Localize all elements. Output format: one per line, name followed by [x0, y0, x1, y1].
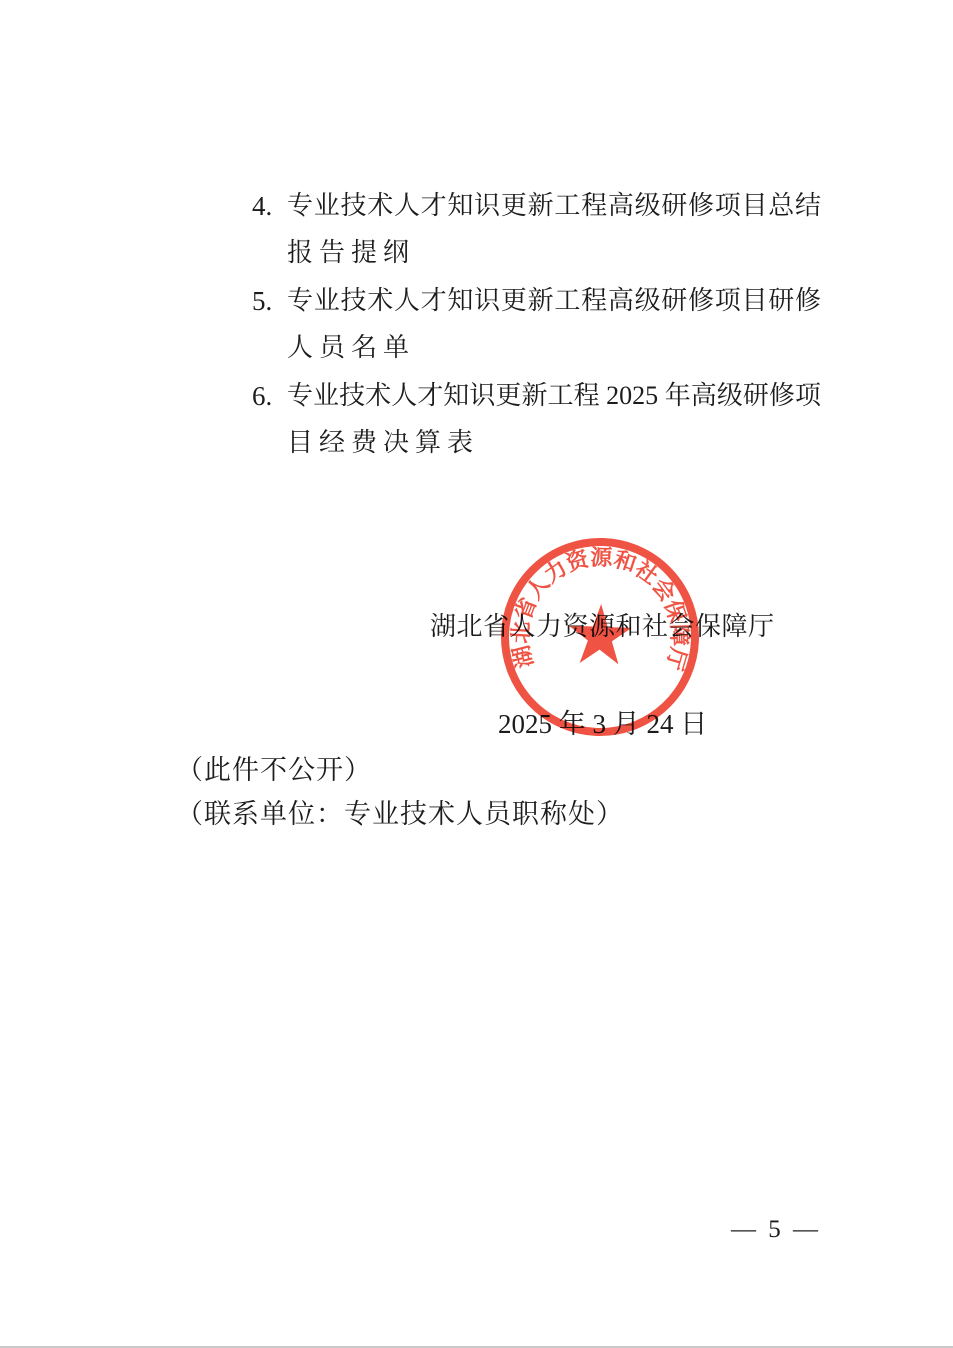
list-item-text-line2: 人员名单 — [287, 333, 415, 363]
note-contact-unit: （联系单位：专业技术人员职称处） — [176, 792, 624, 831]
page-number: — 5 — — [731, 1216, 821, 1244]
issue-date: 2025 年 3 月 24 日 — [498, 702, 707, 741]
list-item-text-line1: 专业技术人才知识更新工程高级研修项目研修 — [287, 286, 821, 316]
list-item-number: 5. — [252, 286, 272, 316]
list-item-number: 6. — [252, 381, 272, 411]
list-item-text-line1: 专业技术人才知识更新工程 2025 年高级研修项 — [287, 381, 821, 411]
list-item-text-line2: 目经费决算表 — [287, 428, 479, 458]
issuing-organization: 湖北省人力资源和社会保障厅 — [430, 606, 775, 643]
list-item-text-line1: 专业技术人才知识更新工程高级研修项目总结 — [287, 191, 821, 221]
list-item-text-line2: 报告提纲 — [287, 238, 415, 268]
list-item-number: 4. — [252, 191, 272, 221]
note-not-public: （此件不公开） — [176, 748, 372, 787]
